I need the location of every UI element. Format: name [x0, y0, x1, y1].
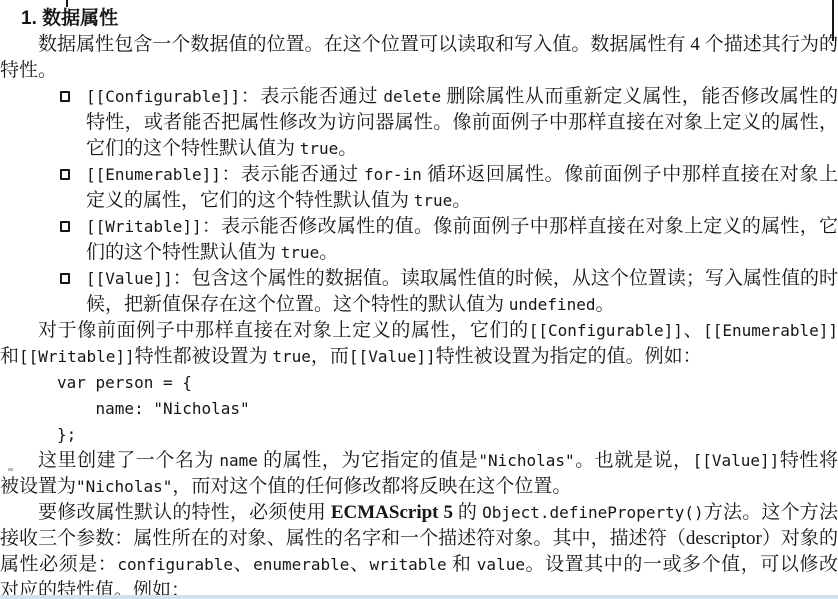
bullet-writable-text: [[Writable]]：表示能否修改属性的值。像前面例子中那样直接在对象上定义… — [86, 216, 838, 263]
bottom-strip — [0, 595, 838, 599]
bullet-square-icon — [60, 273, 70, 284]
bullet-value-text: [[Value]]：包含这个属性的数据值。读取属性值的时候，从这个位置读；写入属… — [86, 268, 838, 315]
bullet-square-icon — [60, 221, 70, 232]
bullet-writable: [[Writable]]：表示能否修改属性的值。像前面例子中那样直接在对象上定义… — [86, 214, 838, 266]
paragraph-defaults: 对于像前面例子中那样直接在对象上定义的属性，它们的[[Configurable]… — [0, 318, 838, 370]
paragraph-intro: 数据属性包含一个数据值的位置。在这个位置可以读取和写入值。数据属性有 4 个描述… — [0, 32, 838, 84]
bullet-enumerable: [[Enumerable]]：表示能否通过 for-in 循环返回属性。像前面例… — [86, 162, 838, 214]
code-block: var person = { name: "Nicholas" }; — [57, 370, 838, 448]
bullet-value: [[Value]]：包含这个属性的数据值。读取属性值的时候，从这个位置读；写入属… — [86, 266, 838, 318]
scan-margin-dot — [8, 468, 13, 471]
bullet-enumerable-text: [[Enumerable]]：表示能否通过 for-in 循环返回属性。像前面例… — [86, 164, 838, 211]
page-edge-line — [832, 0, 834, 41]
scan-artifact-tick — [66, 0, 68, 7]
attribute-list: [[Configurable]]：表示能否通过 delete 删除属性从而重新定… — [0, 84, 838, 318]
section-heading: 1. 数据属性 — [21, 5, 838, 32]
bullet-configurable: [[Configurable]]：表示能否通过 delete 删除属性从而重新定… — [86, 84, 838, 162]
book-page: 1. 数据属性 数据属性包含一个数据值的位置。在这个位置可以读取和写入值。数据属… — [0, 0, 838, 599]
paragraph-name-property: 这里创建了一个名为 name 的属性，为它指定的值是"Nicholas"。也就是… — [0, 448, 838, 500]
paragraph-defineproperty: 要修改属性默认的特性，必须使用 ECMAScript 5 的 Object.de… — [0, 500, 838, 599]
bullet-configurable-text: [[Configurable]]：表示能否通过 delete 删除属性从而重新定… — [86, 86, 838, 159]
bullet-square-icon — [60, 169, 70, 180]
bullet-square-icon — [60, 91, 70, 102]
